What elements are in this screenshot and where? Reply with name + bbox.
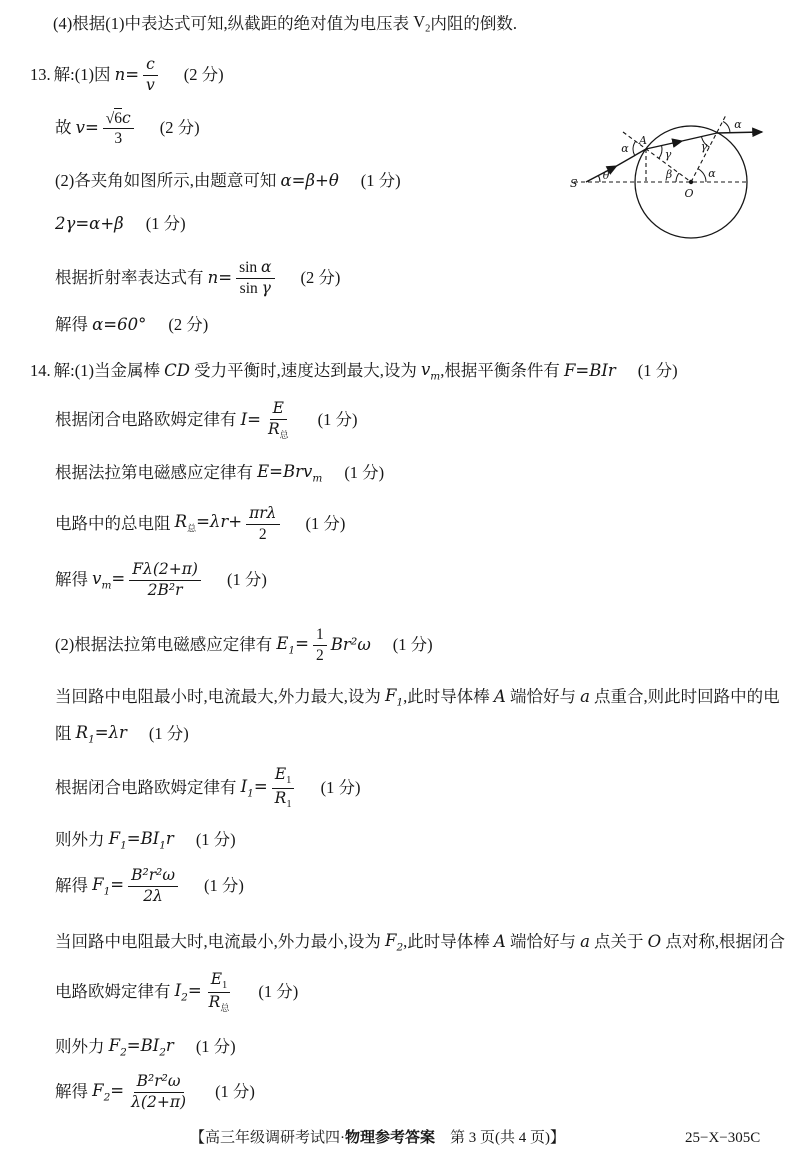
score: (1 分) (196, 1037, 236, 1057)
formula: R总=λr+ (175, 512, 242, 535)
solution-line-14-faraday: 根据法拉第电磁感应定律有 E=Brvm (1 分) (55, 461, 384, 485)
score: (1 分) (227, 570, 267, 590)
page-footer: 【高三年级调研考试四· 物理参考答案 第 3 页(共 4 页)】 (190, 1126, 565, 1150)
formula: F1 (385, 686, 403, 709)
score: (1 分) (196, 830, 236, 850)
formula: Br²ω (331, 635, 371, 655)
formula: a (580, 687, 590, 707)
solution-line-14-f1: 则外力 F1=BI1r (1 分) (55, 827, 236, 853)
score: (1 分) (306, 514, 346, 534)
footer-exam-title: 【高三年级调研考试四· (190, 1129, 345, 1147)
center-point (689, 180, 693, 184)
question-number: 14. (30, 361, 51, 381)
label-S: S (570, 177, 578, 190)
solution-line-13-1: 13. 解:(1)因 n= cv (2 分) (30, 52, 224, 98)
text: 当回路中电阻最小时,电流最大,外力最大,设为 (55, 687, 385, 707)
fraction: 12 (313, 625, 327, 665)
text: (2)根据法拉第电磁感应定律有 (55, 635, 276, 655)
formula: F2= (92, 1081, 124, 1104)
text: 解得 (55, 1082, 92, 1102)
label-alpha-exit: α (734, 118, 742, 131)
solution-line-14-f1-result: 解得 F1= B²r²ω2λ (1 分) (55, 863, 244, 909)
solution-line-13-speed: 故 v= √6c3 (2 分) (55, 103, 200, 153)
formula: O (648, 932, 662, 952)
text: 则外力 (55, 830, 109, 850)
text: 点关于 (590, 932, 648, 952)
fraction: ER总 (265, 399, 292, 441)
score: (1 分) (393, 635, 433, 655)
alpha-exit-arc (723, 122, 730, 134)
text: 解得 (55, 315, 92, 335)
formula: 2γ=α+β (55, 214, 124, 234)
voltmeter-symbol: V2 (413, 12, 430, 36)
text: 解得 (55, 876, 92, 896)
fraction: E1R1 (272, 765, 295, 810)
formula: n= (208, 268, 232, 288)
refracted-ray (682, 133, 717, 141)
text: 点对称,根据闭合 (661, 932, 785, 952)
formula: vm (421, 360, 440, 383)
formula: F=BIr (564, 361, 616, 381)
text: (2)各夹角如图所示,由题意可知 (55, 171, 281, 191)
score: (1 分) (318, 410, 358, 430)
beta-arc (676, 173, 679, 182)
label-gamma-exit: γ (701, 140, 708, 153)
formula: CD (164, 361, 190, 381)
score: (2 分) (160, 118, 200, 138)
score: (1 分) (204, 876, 244, 896)
fraction: cv (143, 55, 158, 95)
text: 内阻的倒数. (430, 14, 517, 34)
score: (1 分) (149, 724, 189, 744)
text: 阻 (55, 724, 76, 744)
formula: a (580, 932, 590, 952)
fraction: sin αsin γ (236, 258, 274, 298)
score: (2 分) (168, 315, 208, 335)
label-gamma-incident: γ (665, 148, 672, 161)
label-alpha-center: α (708, 167, 716, 180)
fraction: B²r²ω2λ (128, 866, 178, 906)
formula: A (494, 932, 506, 952)
solution-line-13-result: 解得 α=60° (2 分) (55, 313, 208, 337)
formula: E1= (276, 634, 309, 657)
exam-answer-page: (4)根据(1)中表达式可知,纵截距的绝对值为电压表 V2 内阻的倒数. 13.… (0, 0, 800, 1161)
formula: vm= (92, 569, 125, 592)
score: (1 分) (344, 463, 384, 483)
solution-line-q12-4: (4)根据(1)中表达式可知,纵截距的绝对值为电压表 V2 内阻的倒数. (53, 12, 517, 36)
formula: v= (76, 118, 99, 138)
refraction-diagram: S θ α A γ γ α α β O (568, 85, 800, 247)
text: 当回路中电阻最大时,电流最小,外力最小,设为 (55, 932, 385, 952)
solution-line-14-vmax: 解得 vm= Fλ(2+π)2B²r (1 分) (55, 557, 267, 603)
text: 故 (55, 118, 76, 138)
text: (4)根据(1)中表达式可知,纵截距的绝对值为电压表 (53, 14, 413, 34)
solution-line-14-resistance: 电路中的总电阻 R总=λr+ πrλ2 (1 分) (55, 501, 345, 547)
solution-line-13-angles: 2γ=α+β (1 分) (55, 212, 186, 236)
footer-page-number: 第 3 页(共 4 页)】 (435, 1129, 565, 1147)
formula: I= (241, 410, 261, 430)
solution-line-14-min-resistance: 当回路中电阻最小时,电流最大,外力最大,设为 F1 ,此时导体棒 A 端恰好与 … (55, 684, 780, 710)
formula: E=Brvm (257, 462, 322, 485)
text: 解:(1)当金属棒 (54, 361, 164, 381)
text: ,此时导体棒 (403, 932, 494, 952)
label-alpha-incident: α (621, 142, 629, 155)
solution-line-14-f2: 则外力 F2=BI2r (1 分) (55, 1034, 236, 1060)
text: 受力平衡时,速度达到最大,设为 (190, 361, 421, 381)
text: 电路中的总电阻 (55, 514, 175, 534)
label-theta: θ (603, 169, 610, 182)
solution-line-14-i1: 根据闭合电路欧姆定律有 I1= E1R1 (1 分) (55, 765, 360, 811)
solution-line-14-f2-result: 解得 F2= B²r²ωλ(2+π) (1 分) (55, 1069, 255, 1115)
solution-line-14-2: (2)根据法拉第电磁感应定律有 E1= 12 Br²ω (1 分) (55, 622, 433, 668)
fraction: √6c3 (103, 108, 134, 149)
formula: F1= (92, 875, 124, 898)
formula: F2 (385, 931, 403, 954)
text: 解得 (55, 570, 92, 590)
formula: α=60° (92, 315, 146, 335)
solution-line-13-refraction: 根据折射率表达式有 n= sin αsin γ (2 分) (55, 255, 340, 301)
alpha-center-arc (698, 169, 706, 182)
formula: R1=λr (76, 723, 127, 746)
formula: I2= (175, 981, 202, 1004)
formula: A (494, 687, 506, 707)
question-number: 13. (30, 65, 51, 85)
solution-line-14-r1: 阻 R1=λr (1 分) (55, 721, 189, 747)
solution-line-14-1: 14. 解:(1)当金属棒 CD 受力平衡时,速度达到最大,设为 vm ,根据平… (30, 359, 678, 383)
text: ,此时导体棒 (403, 687, 494, 707)
text: 则外力 (55, 1037, 109, 1057)
solution-line-14-i2: 电路欧姆定律有 I2= E1R总 (1 分) (55, 969, 298, 1015)
formula: I1= (241, 777, 268, 800)
score: (2 分) (301, 268, 341, 288)
formula: F2=BI2r (109, 1036, 174, 1059)
footer-code: 25−X−305C (685, 1126, 760, 1150)
score: (1 分) (146, 214, 186, 234)
score: (1 分) (321, 778, 361, 798)
fraction: E1R总 (206, 970, 233, 1015)
text: 电路欧姆定律有 (55, 982, 175, 1002)
score: (1 分) (215, 1082, 255, 1102)
incident-ray (586, 166, 617, 182)
text: 根据闭合电路欧姆定律有 (55, 410, 241, 430)
text: 端恰好与 (506, 687, 580, 707)
gamma-incident-arc (659, 146, 662, 159)
solution-line-14-max-resistance: 当回路中电阻最大时,电流最小,外力最小,设为 F2 ,此时导体棒 A 端恰好与 … (55, 929, 785, 955)
footer-subject: 物理参考答案 (345, 1129, 435, 1147)
text: 点重合,则此时回路中的电 (590, 687, 780, 707)
alpha-incident-arc (633, 141, 636, 155)
fraction: Fλ(2+π)2B²r (129, 560, 201, 600)
text: 根据闭合电路欧姆定律有 (55, 778, 241, 798)
text: 解:(1)因 (54, 65, 115, 85)
label-beta: β (665, 168, 672, 181)
formula: F1=BI1r (109, 829, 174, 852)
exit-ray (717, 132, 762, 133)
score: (1 分) (258, 982, 298, 1002)
score: (2 分) (184, 65, 224, 85)
theta-arc (598, 175, 600, 182)
score: (1 分) (361, 171, 401, 191)
solution-line-14-ohm: 根据闭合电路欧姆定律有 I= ER总 (1 分) (55, 397, 358, 443)
formula: n= (115, 65, 139, 85)
exam-code: 25−X−305C (685, 1129, 760, 1147)
text: 根据折射率表达式有 (55, 268, 208, 288)
text: ,根据平衡条件有 (440, 361, 564, 381)
fraction: B²r²ωλ(2+π) (128, 1072, 189, 1112)
score: (1 分) (638, 361, 678, 381)
solution-line-13-2: (2)各夹角如图所示,由题意可知 α=β+θ (1 分) (55, 168, 401, 194)
text: 根据法拉第电磁感应定律有 (55, 463, 257, 483)
formula: α=β+θ (281, 171, 339, 191)
label-O: O (684, 187, 693, 200)
label-A: A (638, 134, 647, 147)
text: 端恰好与 (506, 932, 580, 952)
fraction: πrλ2 (246, 504, 279, 544)
